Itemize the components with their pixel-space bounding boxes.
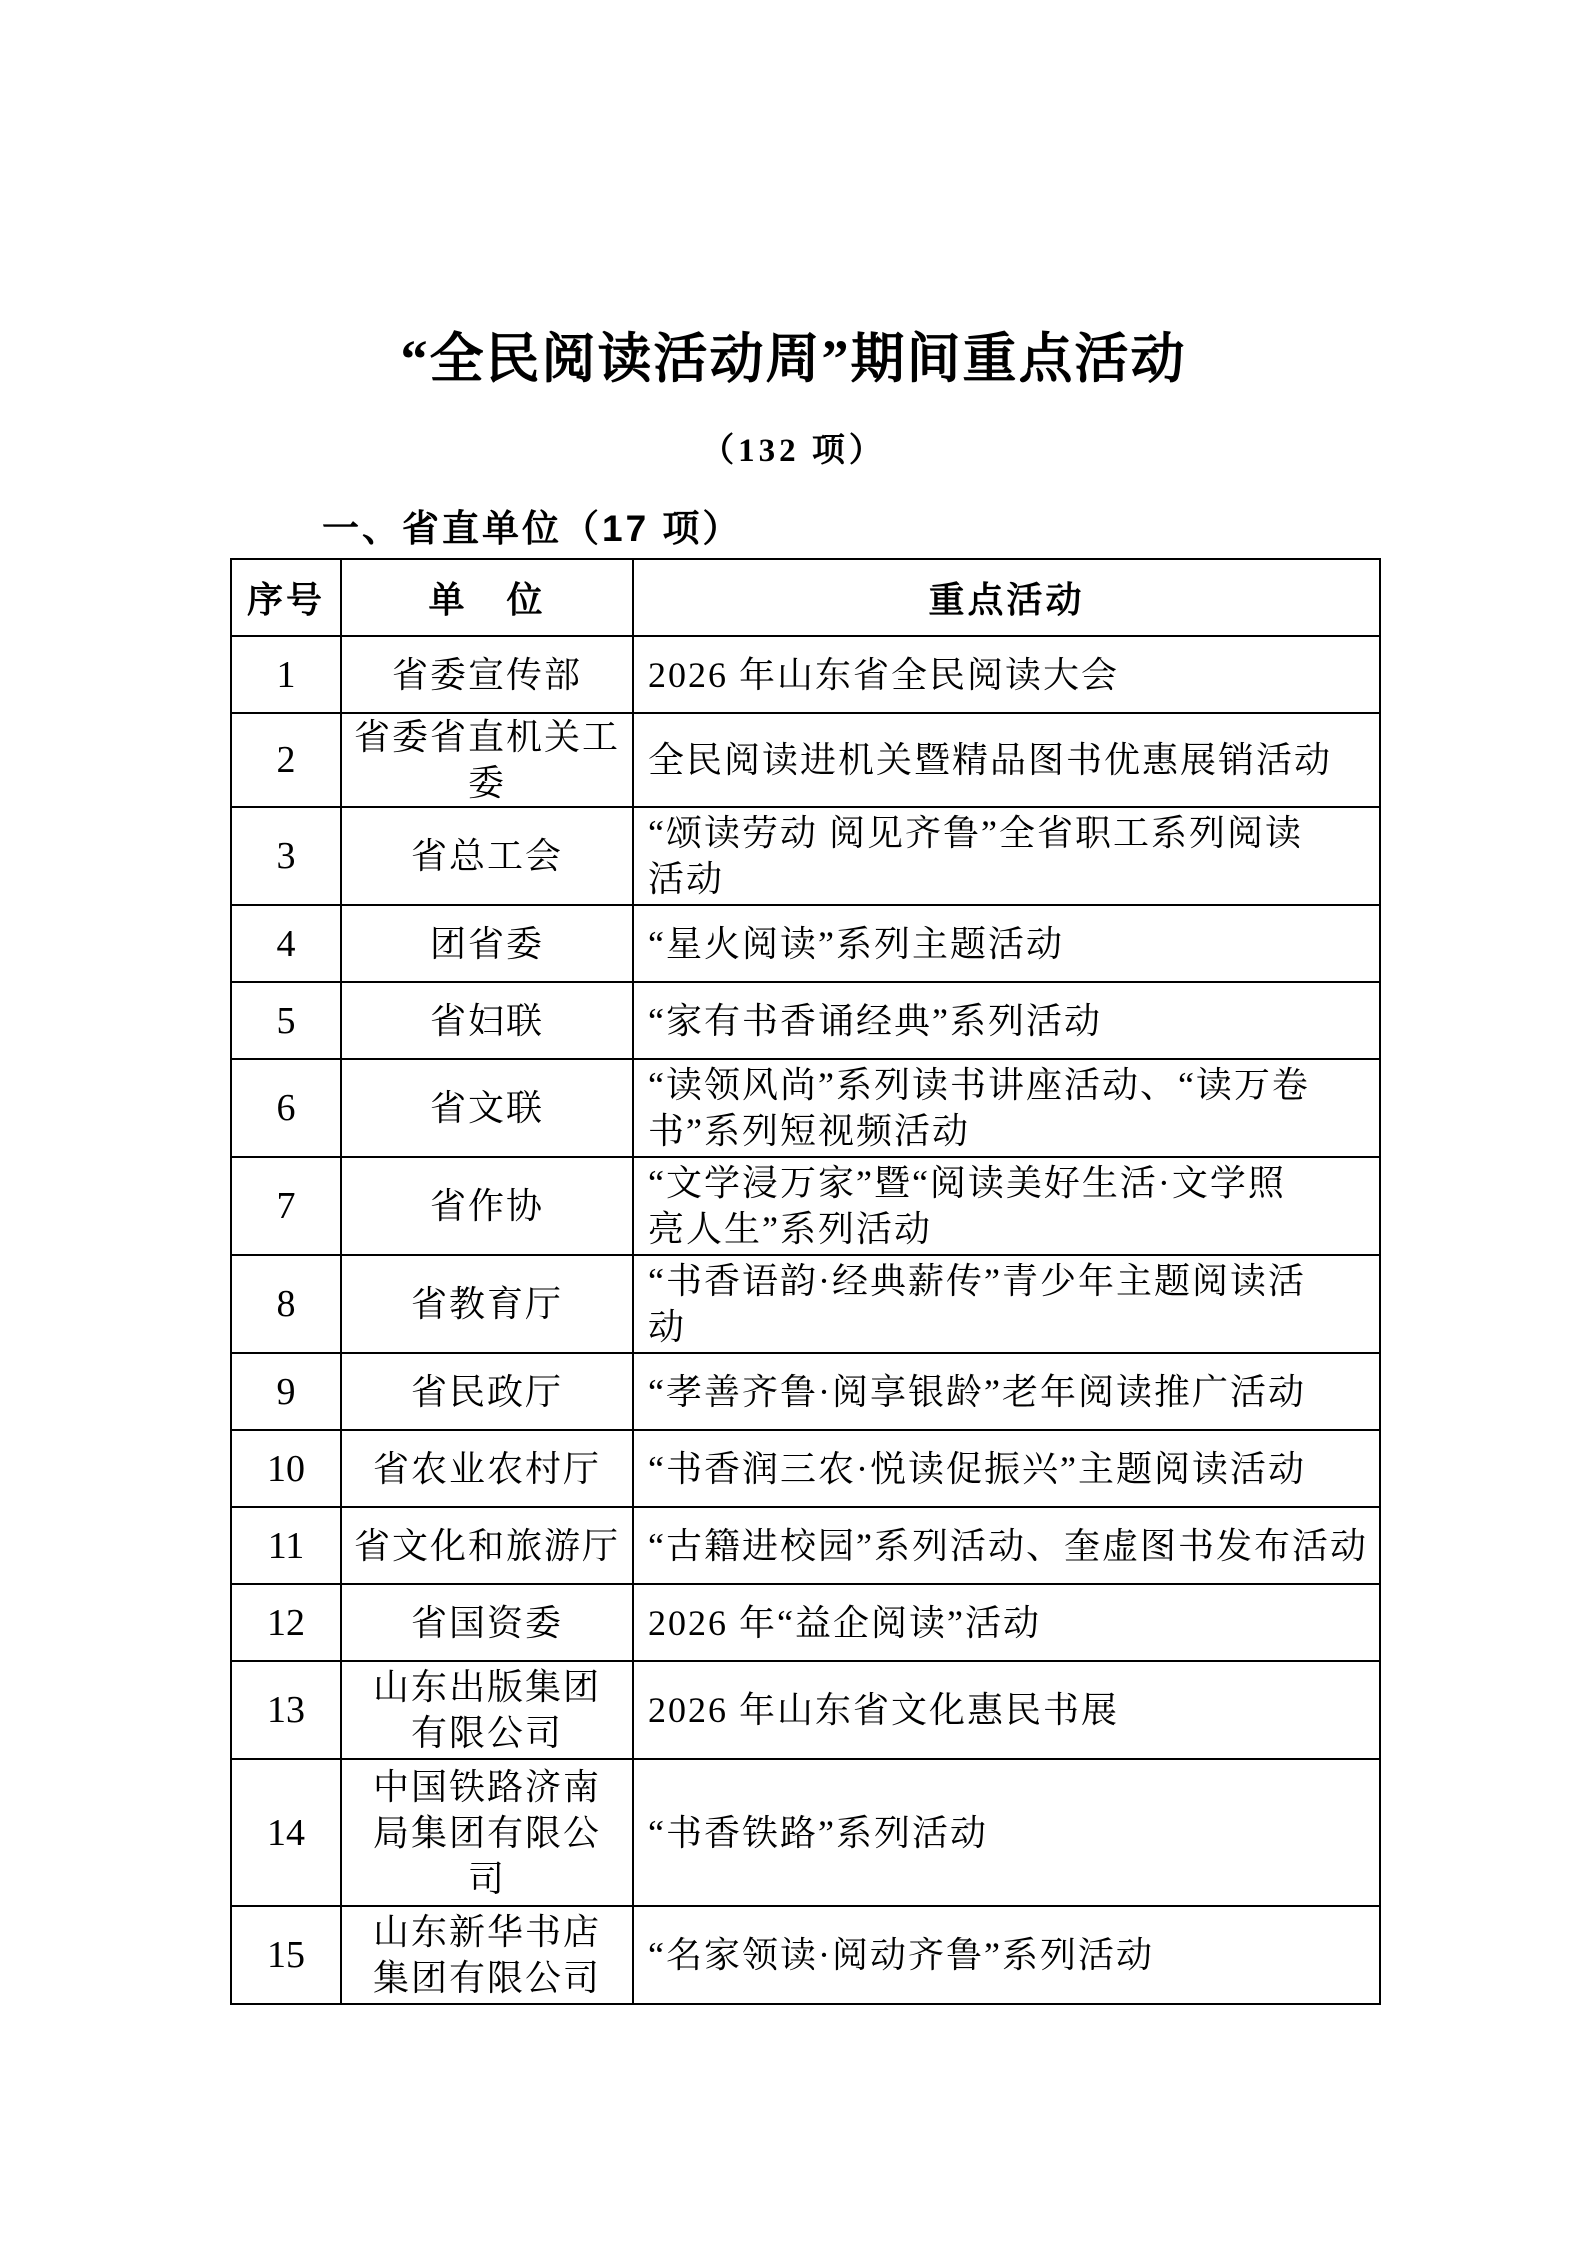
activities-table: 序号 单 位 重点活动 1省委宣传部2026 年山东省全民阅读大会2省委省直机关… — [230, 558, 1381, 2005]
table-row: 3省总工会“颂读劳动 阅见齐鲁”全省职工系列阅读 活动 — [231, 807, 1380, 905]
table-row: 5省妇联“家有书香诵经典”系列活动 — [231, 982, 1380, 1059]
table-row: 8省教育厅“书香语韵·经典薪传”青少年主题阅读活 动 — [231, 1255, 1380, 1353]
activity-cell: “文学浸万家”暨“阅读美好生活·文学照 亮人生”系列活动 — [633, 1157, 1380, 1255]
table-row: 6省文联“读领风尚”系列读书讲座活动、“读万卷 书”系列短视频活动 — [231, 1059, 1380, 1157]
page-subtitle: （132 项） — [0, 424, 1587, 471]
table-row: 4团省委“星火阅读”系列主题活动 — [231, 905, 1380, 982]
activity-cell: “名家领读·阅动齐鲁”系列活动 — [633, 1906, 1380, 2004]
unit-cell: 省委宣传部 — [341, 636, 633, 713]
activity-cell: “星火阅读”系列主题活动 — [633, 905, 1380, 982]
unit-cell: 省文联 — [341, 1059, 633, 1157]
activity-cell: “颂读劳动 阅见齐鲁”全省职工系列阅读 活动 — [633, 807, 1380, 905]
row-number-cell: 4 — [231, 905, 341, 982]
activity-cell: 2026 年山东省文化惠民书展 — [633, 1661, 1380, 1759]
document-page: “全民阅读活动周”期间重点活动 （132 项） 一、省直单位（17 项） 序号 … — [0, 0, 1587, 2245]
table-row: 1省委宣传部2026 年山东省全民阅读大会 — [231, 636, 1380, 713]
activity-cell: 2026 年“益企阅读”活动 — [633, 1584, 1380, 1661]
table-row: 13山东出版集团 有限公司2026 年山东省文化惠民书展 — [231, 1661, 1380, 1759]
row-number-cell: 3 — [231, 807, 341, 905]
table-row: 10省农业农村厅“书香润三农·悦读促振兴”主题阅读活动 — [231, 1430, 1380, 1507]
table-row: 12省国资委2026 年“益企阅读”活动 — [231, 1584, 1380, 1661]
activity-cell: “读领风尚”系列读书讲座活动、“读万卷 书”系列短视频活动 — [633, 1059, 1380, 1157]
row-number-cell: 1 — [231, 636, 341, 713]
unit-cell: 山东新华书店 集团有限公司 — [341, 1906, 633, 2004]
table-body: 1省委宣传部2026 年山东省全民阅读大会2省委省直机关工委全民阅读进机关暨精品… — [231, 636, 1380, 2004]
unit-cell: 省民政厅 — [341, 1353, 633, 1430]
unit-cell: 省总工会 — [341, 807, 633, 905]
header-cell-number: 序号 — [231, 559, 341, 636]
page-title: “全民阅读活动周”期间重点活动 — [0, 316, 1587, 393]
row-number-cell: 13 — [231, 1661, 341, 1759]
activity-cell: 全民阅读进机关暨精品图书优惠展销活动 — [633, 713, 1380, 807]
unit-cell: 省委省直机关工委 — [341, 713, 633, 807]
section-heading: 一、省直单位（17 项） — [322, 498, 742, 552]
row-number-cell: 15 — [231, 1906, 341, 2004]
table-row: 7省作协“文学浸万家”暨“阅读美好生活·文学照 亮人生”系列活动 — [231, 1157, 1380, 1255]
row-number-cell: 5 — [231, 982, 341, 1059]
unit-cell: 省教育厅 — [341, 1255, 633, 1353]
row-number-cell: 12 — [231, 1584, 341, 1661]
row-number-cell: 2 — [231, 713, 341, 807]
row-number-cell: 10 — [231, 1430, 341, 1507]
activity-cell: “书香润三农·悦读促振兴”主题阅读活动 — [633, 1430, 1380, 1507]
unit-cell: 省妇联 — [341, 982, 633, 1059]
unit-cell: 山东出版集团 有限公司 — [341, 1661, 633, 1759]
activity-cell: “孝善齐鲁·阅享银龄”老年阅读推广活动 — [633, 1353, 1380, 1430]
activity-cell: “家有书香诵经典”系列活动 — [633, 982, 1380, 1059]
header-cell-activity: 重点活动 — [633, 559, 1380, 636]
table-row: 9省民政厅“孝善齐鲁·阅享银龄”老年阅读推广活动 — [231, 1353, 1380, 1430]
table-row: 14中国铁路济南 局集团有限公 司“书香铁路”系列活动 — [231, 1759, 1380, 1906]
unit-cell: 省文化和旅游厅 — [341, 1507, 633, 1584]
unit-cell: 省农业农村厅 — [341, 1430, 633, 1507]
activity-cell: “书香铁路”系列活动 — [633, 1759, 1380, 1906]
activity-cell: 2026 年山东省全民阅读大会 — [633, 636, 1380, 713]
unit-cell: 中国铁路济南 局集团有限公 司 — [341, 1759, 633, 1906]
header-cell-unit: 单 位 — [341, 559, 633, 636]
row-number-cell: 6 — [231, 1059, 341, 1157]
activity-cell: “书香语韵·经典薪传”青少年主题阅读活 动 — [633, 1255, 1380, 1353]
unit-cell: 团省委 — [341, 905, 633, 982]
row-number-cell: 8 — [231, 1255, 341, 1353]
table-row: 2省委省直机关工委全民阅读进机关暨精品图书优惠展销活动 — [231, 713, 1380, 807]
unit-cell: 省国资委 — [341, 1584, 633, 1661]
row-number-cell: 7 — [231, 1157, 341, 1255]
unit-cell: 省作协 — [341, 1157, 633, 1255]
table-header-row: 序号 单 位 重点活动 — [231, 559, 1380, 636]
table-row: 15山东新华书店 集团有限公司“名家领读·阅动齐鲁”系列活动 — [231, 1906, 1380, 2004]
activity-cell: “古籍进校园”系列活动、奎虚图书发布活动 — [633, 1507, 1380, 1584]
row-number-cell: 14 — [231, 1759, 341, 1906]
table-row: 11省文化和旅游厅“古籍进校园”系列活动、奎虚图书发布活动 — [231, 1507, 1380, 1584]
row-number-cell: 11 — [231, 1507, 341, 1584]
row-number-cell: 9 — [231, 1353, 341, 1430]
